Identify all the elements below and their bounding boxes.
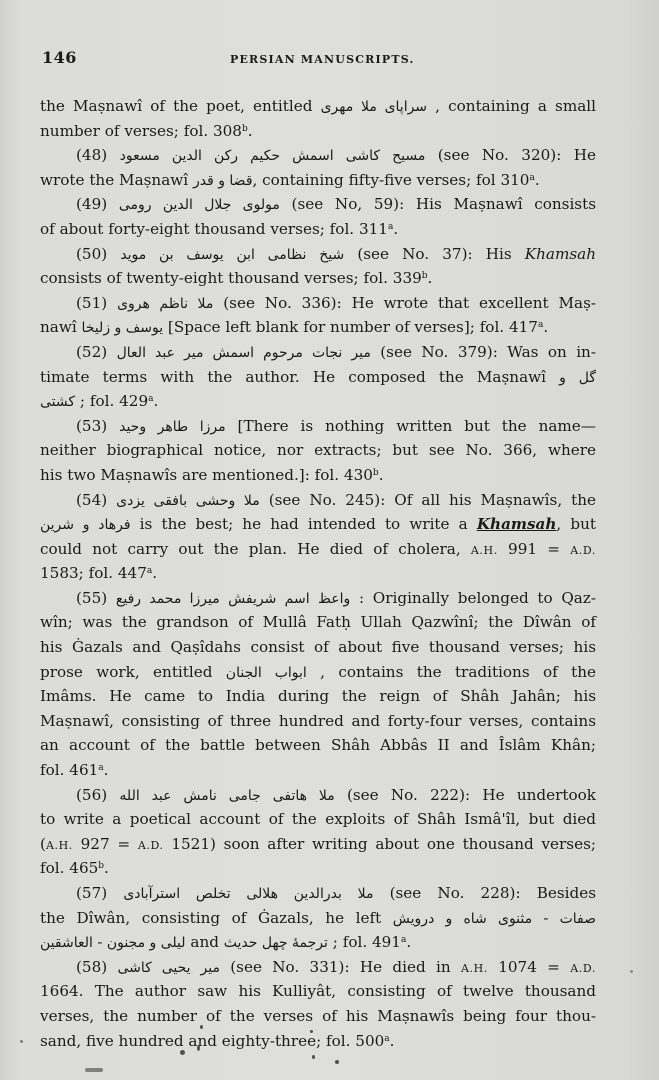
text-run: 1074 = xyxy=(488,958,570,976)
text-run: verses, the number of the verses of his … xyxy=(40,1007,596,1025)
text-run: and xyxy=(186,933,224,951)
text-run: (54) xyxy=(76,491,116,509)
italic-term: Khamsah xyxy=(477,515,557,533)
page-number: 146 xyxy=(42,48,77,67)
text-run: 1664. The author saw his Kulliyât, consi… xyxy=(40,982,596,1000)
persian-text: یوسف و زلیخا xyxy=(82,320,164,336)
text-line: sand, five hundred and eighty-three; fol… xyxy=(40,1029,596,1054)
text-run: is the best; he had intended to write a xyxy=(131,515,477,533)
text-run: the Maṣnawî of the poet, entitled xyxy=(40,97,321,115)
text-run: : Originally belonged to Qaz- xyxy=(350,589,596,607)
text-run: (see No. 222): He undertook xyxy=(335,786,596,804)
persian-text: مسیح کاشی اسمش حکیم رکن الدین مسعود xyxy=(120,148,426,164)
persian-text: میر نجات مرحوم اسمش میر عبد العال xyxy=(117,345,371,361)
persian-text: ترجمهٔ چهل حدیث xyxy=(224,935,328,951)
ink-speck xyxy=(310,1030,313,1033)
text-run: (see No. 245): Of all his Maṣnawîs, the xyxy=(260,491,596,509)
text-run: . xyxy=(406,933,411,951)
text-line: timate terms with the author. He compose… xyxy=(40,365,596,390)
text-run: nawî xyxy=(40,318,82,336)
text-run: (see No. 37): His xyxy=(344,245,525,263)
text-line: the Dîwân, consisting of Ġazals, he left… xyxy=(40,906,596,931)
text-line: (50) شیخ نظامی ابن یوسف بن موید (see No.… xyxy=(40,242,596,267)
ink-speck xyxy=(312,1055,315,1059)
text-run: . xyxy=(104,761,109,779)
text-run: could not carry out the plan. He died of… xyxy=(40,540,471,558)
text-line: nawî یوسف و زلیخا [Space left blank for … xyxy=(40,315,596,340)
text-line: 1664. The author saw his Kulliyât, consi… xyxy=(40,979,596,1004)
text-run: (see No. 320): He xyxy=(425,146,596,164)
text-run: Maṣnawî, consisting of three hundred and… xyxy=(40,712,596,730)
text-run: wrote the Maṣnawî xyxy=(40,171,193,189)
text-run: wîn; was the grandson of Mullâ Fatḥ Ulla… xyxy=(40,613,596,631)
text-run: an account of the battle between Shâh Ab… xyxy=(40,736,596,754)
text-run: his two Maṣnawîs are mentioned.]: fol. 4… xyxy=(40,466,373,484)
persian-text: کشتی xyxy=(40,394,75,410)
text-run: . xyxy=(390,1032,395,1050)
text-run: . xyxy=(393,220,398,238)
text-run: (see No, 59): His Maṣnawî consists xyxy=(280,195,596,213)
text-run: , but xyxy=(556,515,596,533)
text-run: sand, five hundred and eighty-three; fol… xyxy=(40,1032,384,1050)
text-line: neither biographical notice, nor extract… xyxy=(40,438,596,463)
text-line: کشتی ; fol. 429a. xyxy=(40,389,596,414)
text-run: (53) xyxy=(76,417,119,435)
persian-text: مولوی جلال الدین رومی xyxy=(119,197,280,213)
era-abbrev: A.D. xyxy=(138,839,164,852)
text-run: . xyxy=(543,318,548,336)
text-run: number of verses; fol. 308 xyxy=(40,122,242,140)
era-abbrev: A.D. xyxy=(570,544,596,557)
text-run: his Ġazals and Qaṣîdahs consist of about… xyxy=(40,638,596,656)
text-run: (51) xyxy=(76,294,117,312)
text-run: 991 = xyxy=(498,540,570,558)
text-line: (49) مولوی جلال الدین رومی (see No, 59):… xyxy=(40,192,596,217)
persian-text: گل و xyxy=(559,370,596,386)
text-run: 1521) soon after writing about one thous… xyxy=(164,835,596,853)
text-line: (52) میر نجات مرحوم اسمش میر عبد العال (… xyxy=(40,340,596,365)
text-line: prose work, entitled ابواب الجنان , cont… xyxy=(40,660,596,685)
text-run: (see No. 336): He wrote that excellent M… xyxy=(213,294,596,312)
text-run: . xyxy=(104,859,109,877)
ink-speck xyxy=(335,1060,339,1064)
text-run: (48) xyxy=(76,146,120,164)
text-run: (49) xyxy=(76,195,119,213)
ink-speck xyxy=(200,1025,203,1029)
scanned-book-page: 146 PERSIAN MANUSCRIPTS. the Maṣnawî of … xyxy=(0,0,659,1080)
text-line: (A.H. 927 = A.D. 1521) soon after writin… xyxy=(40,832,596,857)
persian-text: قضا و قدر xyxy=(193,173,253,189)
persian-text: لیلی و مجنون - العاشقین xyxy=(40,935,186,951)
text-line: fol. 461a. xyxy=(40,758,596,783)
text-line: (58) میر یحیی کاشی (see No. 331): He die… xyxy=(40,955,596,980)
text-run: 1583; fol. 447 xyxy=(40,564,147,582)
text-run: (58) xyxy=(76,958,117,976)
page-header: 146 PERSIAN MANUSCRIPTS. xyxy=(42,48,602,70)
text-run: (56) xyxy=(76,786,119,804)
text-run: (52) xyxy=(76,343,117,361)
text-run: fol. 461 xyxy=(40,761,98,779)
text-run: fol. 465 xyxy=(40,859,98,877)
era-abbrev: A.H. xyxy=(461,962,488,975)
text-line: Imâms. He came to India during the reign… xyxy=(40,684,596,709)
text-run: . xyxy=(248,122,253,140)
text-line: (57) ملا بدرالدین هلالی تخلص استرآبادی (… xyxy=(40,881,596,906)
persian-text: مرزا طاهر وحید xyxy=(119,419,225,435)
text-run: (50) xyxy=(76,245,120,263)
text-line: فرهاد و شرین is the best; he had intende… xyxy=(40,512,596,537)
text-run: . xyxy=(535,171,540,189)
text-line: (56) ملا هاتفی جامی نامش عبد الله (see N… xyxy=(40,783,596,808)
ink-speck xyxy=(630,970,633,973)
text-run: of about forty-eight thousand verses; fo… xyxy=(40,220,388,238)
text-line: (54) ملا وحشی بافقی یزدی (see No. 245): … xyxy=(40,488,596,513)
text-run: neither biographical notice, nor extract… xyxy=(40,441,596,459)
text-run: consists of twenty-eight thousand verses… xyxy=(40,269,422,287)
persian-text: صفات - مثنوی شاه و درویش xyxy=(393,911,596,927)
text-line: of about forty-eight thousand verses; fo… xyxy=(40,217,596,242)
body-text: the Maṣnawî of the poet, entitled سراپای… xyxy=(40,94,596,1053)
persian-text: واعظ اسم شریفش میرزا محمد رفیع xyxy=(116,591,350,607)
text-run: (55) xyxy=(76,589,116,607)
persian-text: فرهاد و شرین xyxy=(40,517,131,533)
text-line: could not carry out the plan. He died of… xyxy=(40,537,596,562)
persian-text: ملا وحشی بافقی یزدی xyxy=(116,493,260,509)
text-run: (57) xyxy=(76,884,123,902)
text-run: timate terms with the author. He compose… xyxy=(40,368,559,386)
text-line: لیلی و مجنون - العاشقین and ترجمهٔ چهل ح… xyxy=(40,930,596,955)
text-run: , containing a small xyxy=(427,97,596,115)
era-abbrev: A.H. xyxy=(46,839,73,852)
text-line: (48) مسیح کاشی اسمش حکیم رکن الدین مسعود… xyxy=(40,143,596,168)
text-run: (see No. 228): Besides xyxy=(373,884,596,902)
era-abbrev: A.D. xyxy=(570,962,596,975)
ink-speck xyxy=(180,1050,185,1055)
text-line: consists of twenty-eight thousand verses… xyxy=(40,266,596,291)
text-line: 1583; fol. 447a. xyxy=(40,561,596,586)
text-line: number of verses; fol. 308b. xyxy=(40,119,596,144)
text-run: ; fol. 491 xyxy=(328,933,401,951)
text-line: the Maṣnawî of the poet, entitled سراپای… xyxy=(40,94,596,119)
ink-smudge xyxy=(85,1068,103,1072)
text-line: fol. 465b. xyxy=(40,856,596,881)
text-run: Imâms. He came to India during the reign… xyxy=(40,687,596,705)
text-run: , containing fifty-five verses; fol 310 xyxy=(253,171,530,189)
text-run: (see No. 331): He died in xyxy=(220,958,461,976)
text-line: (55) واعظ اسم شریفش میرزا محمد رفیع : Or… xyxy=(40,586,596,611)
italic-term: Khamsah xyxy=(525,245,596,263)
text-run: . xyxy=(379,466,384,484)
text-line: (53) مرزا طاهر وحید [There is nothing wr… xyxy=(40,414,596,439)
text-run: the Dîwân, consisting of Ġazals, he left xyxy=(40,909,393,927)
text-run: , contains the traditions of the xyxy=(307,663,596,681)
text-line: wrote the Maṣnawî قضا و قدر, containing … xyxy=(40,168,596,193)
persian-text: ملا بدرالدین هلالی تخلص استرآبادی xyxy=(123,886,373,902)
text-line: verses, the number of the verses of his … xyxy=(40,1004,596,1029)
era-abbrev: A.H. xyxy=(471,544,498,557)
text-line: an account of the battle between Shâh Ab… xyxy=(40,733,596,758)
persian-text: ابواب الجنان xyxy=(226,665,307,681)
persian-text: سراپای ملا مهری xyxy=(321,99,427,115)
running-head: PERSIAN MANUSCRIPTS. xyxy=(230,53,415,66)
text-line: his Ġazals and Qaṣîdahs consist of about… xyxy=(40,635,596,660)
text-line: (51) ملا ناظم هروی (see No. 336): He wro… xyxy=(40,291,596,316)
text-line: to write a poetical account of the explo… xyxy=(40,807,596,832)
text-line: his two Maṣnawîs are mentioned.]: fol. 4… xyxy=(40,463,596,488)
text-run: [There is nothing written but the name— xyxy=(226,417,596,435)
text-run: ; fol. 429 xyxy=(75,392,148,410)
text-run: (see No. 379): Was on in- xyxy=(371,343,596,361)
persian-text: میر یحیی کاشی xyxy=(117,960,219,976)
text-run: 927 = xyxy=(73,835,138,853)
persian-text: شیخ نظامی ابن یوسف بن موید xyxy=(120,247,344,263)
text-line: wîn; was the grandson of Mullâ Fatḥ Ulla… xyxy=(40,610,596,635)
text-run: prose work, entitled xyxy=(40,663,226,681)
persian-text: ملا ناظم هروی xyxy=(117,296,213,312)
text-run: . xyxy=(428,269,433,287)
text-line: Maṣnawî, consisting of three hundred and… xyxy=(40,709,596,734)
ink-speck xyxy=(197,1045,200,1051)
text-run: . xyxy=(152,564,157,582)
text-run: [Space left blank for number of verses];… xyxy=(163,318,538,336)
text-run: . xyxy=(153,392,158,410)
text-run: to write a poetical account of the explo… xyxy=(40,810,596,828)
ink-speck xyxy=(20,1040,23,1043)
persian-text: ملا هاتفی جامی نامش عبد الله xyxy=(119,788,334,804)
